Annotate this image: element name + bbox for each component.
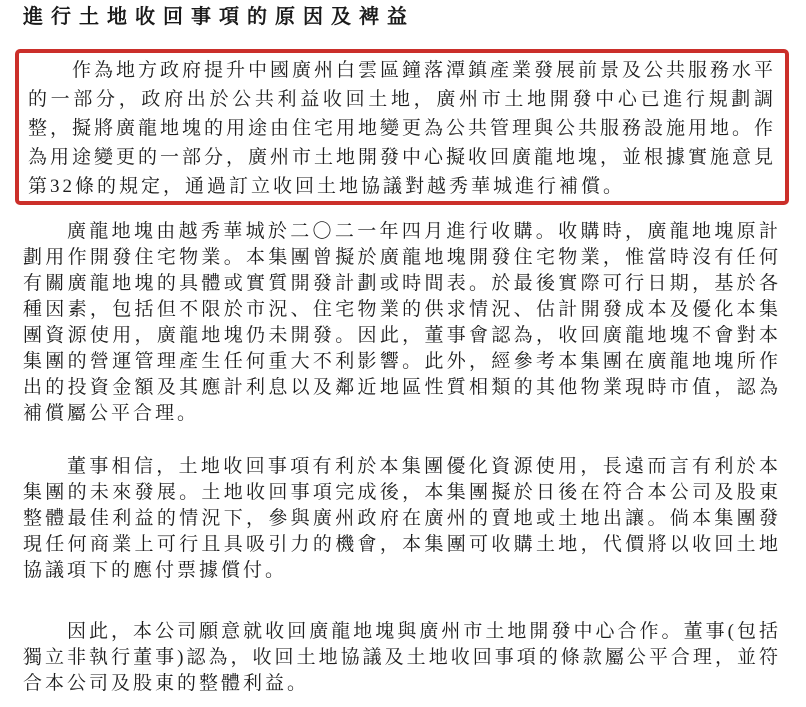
paragraph-acquisition-background: 廣龍地塊由越秀華城於二〇二一年四月進行收購。收購時，廣龍地塊原計劃用作開發住宅物…: [23, 219, 781, 427]
highlighted-paragraph: 作為地方政府提升中國廣州白雲區鐘落潭鎮產業發展前景及公共服務水平的一部分，政府出…: [28, 56, 776, 201]
section-heading: 進行土地收回事項的原因及裨益: [23, 6, 781, 28]
paragraph-conclusion: 因此，本公司願意就收回廣龍地塊與廣州市土地開發中心合作。董事(包括獨立非執行董事…: [23, 619, 781, 697]
highlight-box: 作為地方政府提升中國廣州白雲區鐘落潭鎮產業發展前景及公共服務水平的一部分，政府出…: [15, 49, 789, 205]
paragraph-directors-belief: 董事相信，土地收回事項有利於本集團優化資源使用，長遠而言有利於本集團的未來發展。…: [23, 454, 781, 584]
document-page: 進行土地收回事項的原因及裨益 作為地方政府提升中國廣州白雲區鐘落潭鎮產業發展前景…: [0, 0, 806, 707]
